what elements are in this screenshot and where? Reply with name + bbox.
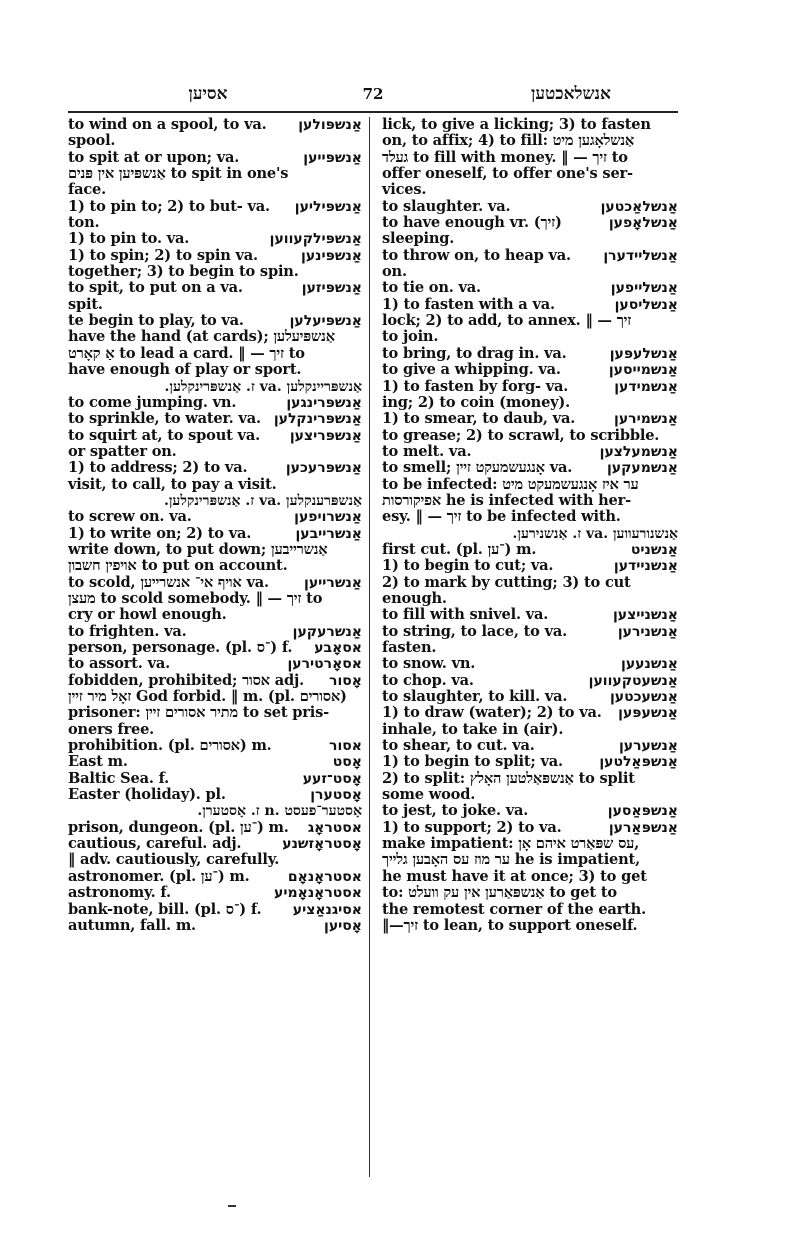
dictionary-line: 1) to smear, to daub, va.אַנשמירען [382, 411, 678, 427]
continuation-text: inhale, to take in (air). [382, 722, 563, 738]
header-rule [68, 111, 678, 113]
definition-text: to spit at or upon; va. [68, 150, 239, 166]
dictionary-line: to squirt at, to spout va.אַנשפּריצען [68, 428, 362, 444]
dictionary-line: to slaughter, to kill. va.אַנשעכטען [382, 689, 678, 705]
continuation-text: have the hand (at cards); אַנשפּיעלען [68, 329, 335, 345]
dictionary-line: East m.אָסט [68, 754, 362, 770]
dictionary-line: face. [68, 182, 362, 198]
dictionary-line: ‖—זיך to lean, to support oneself. [382, 918, 678, 934]
continuation-text: מעצן to scold somebody. ‖ — זיך to [68, 591, 322, 607]
definition-text: to fill with snivel. va. [382, 607, 548, 623]
continuation-text: face. [68, 182, 106, 198]
continuation-text: lock; 2) to add, to annex. ‖ — זיך [382, 313, 631, 329]
dictionary-line: offer oneself, to offer one's ser- [382, 166, 678, 182]
definition-text: prohibition. (pl. אסורים) m. [68, 738, 272, 754]
headword: אַנשעטקעווען [589, 673, 678, 689]
dictionary-line: together; 3) to begin to spin. [68, 264, 362, 280]
dictionary-line: on, to affix; 4) to fill: אַנשלאָגען מיט [382, 133, 678, 149]
headword: אַנשפּאַלטען [599, 754, 678, 770]
definition-text: 1) to address; 2) to va. [68, 460, 247, 476]
dictionary-line: 1) to spin; 2) to spin va.אַנשפּינען [68, 248, 362, 264]
dictionary-line: אַנשפּיען אין פּנים to spit in one's [68, 166, 362, 182]
headword: אַנשמעלצען [600, 444, 678, 460]
dictionary-line: to be infected: ער איז אָנגעשמעקט מיט [382, 477, 678, 493]
continuation-text: to join. [382, 329, 438, 345]
continuation-text: the remotest corner of the earth. [382, 902, 646, 918]
definition-text: to give a whipping. va. [382, 362, 561, 378]
continuation-text: prisoner: מתיר אסורים זיין to set pris- [68, 705, 329, 721]
continuation-text: געלד to fill with money. ‖ — זיך to [382, 150, 628, 166]
definition-text: prison, dungeon. (pl. ־ען) m. [68, 820, 289, 836]
definition-text: to string, to lace, to va. [382, 624, 567, 640]
dictionary-line: to tie on. va.אַנשלייפען [382, 280, 678, 296]
dictionary-line: spool. [68, 133, 362, 149]
dictionary-line: spit. [68, 297, 362, 313]
dictionary-line: to wind on a spool, to va.אַנשפּולען [68, 117, 362, 133]
headword: אסור [329, 738, 362, 754]
continuation-text: he must have it at once; 3) to get [382, 869, 647, 885]
dictionary-line: fobidden, prohibited; אסור adj.אָסור [68, 673, 362, 689]
dictionary-line: 1) to write on; 2) to va.אַנשרייבען [68, 526, 362, 542]
dictionary-line: to come jumping. vn.אַנשפּרינגען [68, 395, 362, 411]
dictionary-line: 1) to draw (water); 2) to va.אַנשעפּען [382, 705, 678, 721]
dictionary-line: to join. [382, 329, 678, 345]
dictionary-line: bank-note, bill. (pl. ־ס) f.אסיגנאַציע [68, 902, 362, 918]
cross-reference-entry: אַנשנורעווען .va ז. אַנשנירען. [513, 526, 678, 542]
dictionary-line: sleeping. [382, 231, 678, 247]
definition-text: astronomer. (pl. ־ען) m. [68, 869, 250, 885]
continuation-text: on, to affix; 4) to fill: אַנשלאָגען מיט [382, 133, 634, 149]
headword: אַנשנעען [621, 656, 678, 672]
definition-text: to assort. va. [68, 656, 170, 672]
dictionary-line: ער מוז עס האָבען גלייך he is impatient, [382, 852, 678, 868]
definition-text: to smell; אָנגעשמעקט זיין va. [382, 460, 572, 476]
dictionary-line: to melt. va.אַנשמעלצען [382, 444, 678, 460]
dictionary-line: cautious, careful. adj.אָסטראָזשנע [68, 836, 362, 852]
definition-text: 1) to begin to cut; va. [382, 558, 553, 574]
dictionary-line: te begin to play, to va.אַנשפּיעלען [68, 313, 362, 329]
definition-text: 1) to support; 2) to va. [382, 820, 561, 836]
dictionary-line: to smell; אָנגעשמעקט זיין va.אַנשמעקען [382, 460, 678, 476]
dictionary-line: visit, to call, to pay a visit. [68, 477, 362, 493]
dictionary-line: אַנשפּריינקלען .va ז. אַנשפּרינקלען. [68, 379, 362, 395]
dictionary-line: or spatter on. [68, 444, 362, 460]
headword: אַנשלאָפען [609, 215, 678, 231]
dictionary-line: 1) to pin to. va.אַנשפּילקעווען [68, 231, 362, 247]
dictionary-line: אפיקורסות he is infected with her- [382, 493, 678, 509]
headword: אָסט [333, 754, 362, 770]
dictionary-line: to: אַנשפּאַרען אין עק וועלט to get to [382, 885, 678, 901]
headword: אָסיען [324, 918, 362, 934]
headword: אסאָרטירען [287, 656, 362, 672]
definition-text: cautious, careful. adj. [68, 836, 241, 852]
continuation-text: spool. [68, 133, 115, 149]
dictionary-line: 1) to fasten by forg- va.אַנשמידען [382, 379, 678, 395]
dictionary-line: Easter (holiday). pl.אָסטערן [68, 787, 362, 803]
continuation-text: cry or howl enough. [68, 607, 227, 623]
dictionary-line: ton. [68, 215, 362, 231]
dictionary-line: cry or howl enough. [68, 607, 362, 623]
dictionary-line: אַנשנורעווען .va ז. אַנשנירען. [382, 526, 678, 542]
headword: אַנשפּריצען [290, 428, 362, 444]
dictionary-line: on. [382, 264, 678, 280]
headword: אַנשלאַכטען [601, 199, 678, 215]
definition-text: 1) to write on; 2) to va. [68, 526, 251, 542]
dictionary-line: prison, dungeon. (pl. ־ען) m.אסטראָג [68, 820, 362, 836]
headword: אַנשרעקען [293, 624, 362, 640]
definition-text: to wind on a spool, to va. [68, 117, 267, 133]
headword: אַנשמעקען [607, 460, 678, 476]
headword: אַנשעפּען [618, 705, 678, 721]
dictionary-line: to slaughter. va.אַנשלאַכטען [382, 199, 678, 215]
headword: אָסור [329, 673, 362, 689]
headword: אַנשרייען [304, 575, 362, 591]
continuation-text: אַנשפּיען אין פּנים to spit in one's [68, 166, 288, 182]
continuation-text: to grease; 2) to scrawl, to scribble. [382, 428, 659, 444]
continuation-text: fasten. [382, 640, 436, 656]
headword: אסטראָג [308, 820, 362, 836]
definition-text: to slaughter. va. [382, 199, 510, 215]
headword: אַנשפּייען [303, 150, 362, 166]
dictionary-line: lock; 2) to add, to annex. ‖ — זיך [382, 313, 678, 329]
left-column: to wind on a spool, to va.אַנשפּולעןspoo… [68, 117, 362, 934]
dictionary-line: 1) to pin to; 2) to but- va.אַנשפּיליען [68, 199, 362, 215]
dictionary-line: write down, to put down; אַנשרייבען [68, 542, 362, 558]
continuation-text: ing; 2) to coin (money). [382, 395, 570, 411]
right-column: lick, to give a licking; 3) to fastenon,… [382, 117, 678, 934]
continuation-text: 2) to mark by cutting; 3) to cut [382, 575, 631, 591]
dictionary-line: מעצן to scold somebody. ‖ — זיך to [68, 591, 362, 607]
dictionary-line: fasten. [382, 640, 678, 656]
dictionary-line: 1) to begin to split; va.אַנשפּאַלטען [382, 754, 678, 770]
dictionary-line: have the hand (at cards); אַנשפּיעלען [68, 329, 362, 345]
dictionary-line: to shear, to cut. va.אַנשערען [382, 738, 678, 754]
running-head-last-entry: אסיען [128, 80, 288, 108]
dictionary-line: lick, to give a licking; 3) to fasten [382, 117, 678, 133]
dictionary-line: autumn, fall. m.אָסיען [68, 918, 362, 934]
dictionary-line: 1) to address; 2) to va.אַנשפּרעכען [68, 460, 362, 476]
headword: אַנשליסען [615, 297, 678, 313]
column-divider [369, 117, 370, 1177]
definition-text: to melt. va. [382, 444, 471, 460]
continuation-text: 2) to split: אַנשפּאַלטען האָלץ to split [382, 771, 635, 787]
dictionary-line: to throw on, to heap va.אַנשליידערן [382, 248, 678, 264]
dictionary-line: to grease; 2) to scrawl, to scribble. [382, 428, 678, 444]
definition-text: autumn, fall. m. [68, 918, 196, 934]
headword: אַנשליידערן [603, 248, 678, 264]
definition-text: to sprinkle, to water. va. [68, 411, 261, 427]
definition-text: to tie on. va. [382, 280, 481, 296]
headword: אַנשפּיעלען [290, 313, 362, 329]
dictionary-line: אָסטער־פעסט .n ז. אָסטערן. [68, 803, 362, 819]
dictionary-line: ‖ adv. cautiously, carefully. [68, 852, 362, 868]
dictionary-line: to snow. vn.אַנשנעען [382, 656, 678, 672]
dictionary-line: some wood. [382, 787, 678, 803]
continuation-text: vices. [382, 182, 426, 198]
dictionary-line: enough. [382, 591, 678, 607]
headword: אַנשנייצען [613, 607, 678, 623]
dictionary-line: to spit at or upon; va.אַנשפּייען [68, 150, 362, 166]
headword: אַנשמייסען [609, 362, 678, 378]
dictionary-line: Baltic Sea. f.אָסט־זעע [68, 771, 362, 787]
continuation-text: or spatter on. [68, 444, 177, 460]
dictionary-line: person, personage. (pl. ־ס) f.אסאָבע [68, 640, 362, 656]
headword: אָסט־זעע [303, 771, 362, 787]
page-mark [228, 1205, 236, 1207]
definition-text: 1) to spin; 2) to spin va. [68, 248, 258, 264]
cross-reference-entry: אָסטער־פעסט .n ז. אָסטערן. [197, 803, 362, 819]
headword: אַנשפּרעכען [286, 460, 362, 476]
definition-text: to throw on, to heap va. [382, 248, 571, 264]
definition-text: 1) to draw (water); 2) to va. [382, 705, 602, 721]
dictionary-line: make impatient: עס שפּאַרט איהם אָן, [382, 836, 678, 852]
dictionary-line: inhale, to take in (air). [382, 722, 678, 738]
dictionary-line: to scold, אויף אי־ אנשרייען va.אַנשרייען [68, 575, 362, 591]
dictionary-line: to frighten. va.אַנשרעקען [68, 624, 362, 640]
headword: אסטראָנאָמיע [274, 885, 362, 901]
dictionary-line: prohibition. (pl. אסורים) m.אסור [68, 738, 362, 754]
definition-text: astronomy. f. [68, 885, 171, 901]
headword: אַנשמידען [614, 379, 678, 395]
dictionary-line: to have enough vr. (זיך)אַנשלאָפען [382, 215, 678, 231]
continuation-text: make impatient: עס שפּאַרט איהם אָן, [382, 836, 639, 852]
continuation-text: ער מוז עס האָבען גלייך he is impatient, [382, 852, 640, 868]
continuation-text: ton. [68, 215, 99, 231]
definition-text: te begin to play, to va. [68, 313, 244, 329]
definition-text: 1) to pin to. va. [68, 231, 189, 247]
dictionary-line: to jest, to joke. va.אַנשפּאַסען [382, 803, 678, 819]
definition-text: 1) to fasten by forg- va. [382, 379, 568, 395]
headword: אַנשפּולען [298, 117, 362, 133]
continuation-text: sleeping. [382, 231, 454, 247]
dictionary-line: to give a whipping. va.אַנשמייסען [382, 362, 678, 378]
continuation-text: offer oneself, to offer one's ser- [382, 166, 633, 182]
dictionary-line: to assort. va.אסאָרטירען [68, 656, 362, 672]
continuation-text: lick, to give a licking; 3) to fasten [382, 117, 651, 133]
continuation-text: ‖—זיך to lean, to support oneself. [382, 918, 637, 934]
headword: אַנשפּינען [301, 248, 362, 264]
cross-reference-entry: אַנשפּריינקלען .va ז. אַנשפּרינקלען. [165, 379, 362, 395]
dictionary-line: ing; 2) to coin (money). [382, 395, 678, 411]
running-head-first-entry: אנשלאכטען [466, 80, 676, 108]
definition-text: to spit, to put on a va. [68, 280, 243, 296]
dictionary-line: 1) to fasten with a va.אַנשליסען [382, 297, 678, 313]
definition-text: to chop. va. [382, 673, 474, 689]
definition-text: first cut. (pl. ־ען) m. [382, 542, 536, 558]
dictionary-line: astronomer. (pl. ־ען) m.אסטראָנאָם [68, 869, 362, 885]
headword: אַנשפּאַסען [608, 803, 678, 819]
continuation-text: visit, to call, to pay a visit. [68, 477, 277, 493]
continuation-text: enough. [382, 591, 447, 607]
dictionary-line: זאָל מיר זיין God forbid. ‖ m. (pl. אסור… [68, 689, 362, 705]
headword: אסיגנאַציע [293, 902, 362, 918]
continuation-text: אויפין חשבון to put on account. [68, 558, 287, 574]
dictionary-line: to chop. va.אַנשעטקעווען [382, 673, 678, 689]
definition-text: to screw on. va. [68, 509, 192, 525]
headword: אַנשניידען [614, 558, 678, 574]
definition-text: to come jumping. vn. [68, 395, 236, 411]
definition-text: bank-note, bill. (pl. ־ס) f. [68, 902, 261, 918]
continuation-text: to be infected: ער איז אָנגעשמעקט מיט [382, 477, 639, 493]
continuation-text: ‖ adv. cautiously, carefully. [68, 852, 279, 868]
dictionary-line: he must have it at once; 3) to get [382, 869, 678, 885]
dictionary-line: אַ קאָרט to lead a card. ‖ — זיך to [68, 346, 362, 362]
definition-text: to jest, to joke. va. [382, 803, 528, 819]
headword: אָסטערן [310, 787, 362, 803]
continuation-text: זאָל מיר זיין God forbid. ‖ m. (pl. אסור… [68, 689, 347, 705]
dictionary-line: to screw on. va.אַנשרויפען [68, 509, 362, 525]
headword: אַנשפּיליען [295, 199, 362, 215]
dictionary-line: אַנשפּרענקלען .va ז. אַנשפּרינקלען. [68, 493, 362, 509]
headword: אָסטראָזשנע [282, 836, 362, 852]
headword: אַנשפּאַרען [609, 820, 678, 836]
definition-text: 1) to pin to; 2) to but- va. [68, 199, 270, 215]
headword: אַנשלייפען [611, 280, 678, 296]
definition-text: 1) to fasten with a va. [382, 297, 555, 313]
continuation-text: on. [382, 264, 407, 280]
headword: אסאָבע [314, 640, 362, 656]
dictionary-line: esy. ‖ — זיך to be infected with. [382, 509, 678, 525]
definition-text: to frighten. va. [68, 624, 187, 640]
definition-text: 1) to smear, to daub, va. [382, 411, 575, 427]
dictionary-line: to string, to lace, to va.אַנשנירען [382, 624, 678, 640]
definition-text: 1) to begin to split; va. [382, 754, 563, 770]
dictionary-line: astronomy. f.אסטראָנאָמיע [68, 885, 362, 901]
definition-text: to squirt at, to spout va. [68, 428, 260, 444]
headword: אַנשערען [619, 738, 678, 754]
headword: אַנשפּרינקלען [274, 411, 362, 427]
definition-text: East m. [68, 754, 128, 770]
dictionary-line: 2) to mark by cutting; 3) to cut [382, 575, 678, 591]
dictionary-line: 2) to split: אַנשפּאַלטען האָלץ to split [382, 771, 678, 787]
headword: אסטראָנאָם [288, 869, 362, 885]
definition-text: Easter (holiday). pl. [68, 787, 226, 803]
dictionary-line: to sprinkle, to water. va.אַנשפּרינקלען [68, 411, 362, 427]
dictionary-line: to bring, to drag in. va.אַנשלעפּען [382, 346, 678, 362]
continuation-text: write down, to put down; אַנשרייבען [68, 542, 327, 558]
headword: אַנשניט [631, 542, 678, 558]
definition-text: to scold, אויף אי־ אנשרייען va. [68, 575, 269, 591]
dictionary-line: to spit, to put on a va.אַנשפּיזען [68, 280, 362, 296]
continuation-text: oners free. [68, 722, 154, 738]
headword: אַנשרייבען [296, 526, 363, 542]
dictionary-line: אויפין חשבון to put on account. [68, 558, 362, 574]
headword: אַנשפּרינגען [286, 395, 362, 411]
definition-text: to shear, to cut. va. [382, 738, 535, 754]
headword: אַנשנירען [618, 624, 678, 640]
continuation-text: esy. ‖ — זיך to be infected with. [382, 509, 621, 525]
continuation-text: together; 3) to begin to spin. [68, 264, 299, 280]
page-number: 72 [353, 80, 393, 108]
dictionary-line: have enough of play or sport. [68, 362, 362, 378]
dictionary-line: געלד to fill with money. ‖ — זיך to [382, 150, 678, 166]
headword: אַנשפּילקעווען [270, 231, 362, 247]
definition-text: to have enough vr. (זיך) [382, 215, 562, 231]
continuation-text: אַ קאָרט to lead a card. ‖ — זיך to [68, 346, 305, 362]
cross-reference-entry: אַנשפּרענקלען .va ז. אַנשפּרינקלען. [164, 493, 362, 509]
definition-text: fobidden, prohibited; אסור adj. [68, 673, 304, 689]
continuation-text: have enough of play or sport. [68, 362, 301, 378]
headword: אַנשעכטען [610, 689, 678, 705]
dictionary-line: to fill with snivel. va.אַנשנייצען [382, 607, 678, 623]
dictionary-line: 1) to begin to cut; va.אַנשניידען [382, 558, 678, 574]
definition-text: to snow. vn. [382, 656, 475, 672]
page-header: אסיען 72 אנשלאכטען [68, 80, 676, 108]
definition-text: to bring, to drag in. va. [382, 346, 567, 362]
headword: אַנשלעפּען [610, 346, 678, 362]
dictionary-line: the remotest corner of the earth. [382, 902, 678, 918]
dictionary-line: vices. [382, 182, 678, 198]
headword: אַנשפּיזען [302, 280, 362, 296]
dictionary-line: prisoner: מתיר אסורים זיין to set pris- [68, 705, 362, 721]
dictionary-line: first cut. (pl. ־ען) m.אַנשניט [382, 542, 678, 558]
headword: אַנשמירען [614, 411, 678, 427]
definition-text: Baltic Sea. f. [68, 771, 169, 787]
definition-text: to slaughter, to kill. va. [382, 689, 567, 705]
dictionary-line: 1) to support; 2) to va.אַנשפּאַרען [382, 820, 678, 836]
continuation-text: some wood. [382, 787, 475, 803]
definition-text: person, personage. (pl. ־ס) f. [68, 640, 292, 656]
continuation-text: to: אַנשפּאַרען אין עק וועלט to get to [382, 885, 617, 901]
continuation-text: אפיקורסות he is infected with her- [382, 493, 631, 509]
dictionary-line: oners free. [68, 722, 362, 738]
continuation-text: spit. [68, 297, 103, 313]
headword: אַנשרויפען [294, 509, 362, 525]
